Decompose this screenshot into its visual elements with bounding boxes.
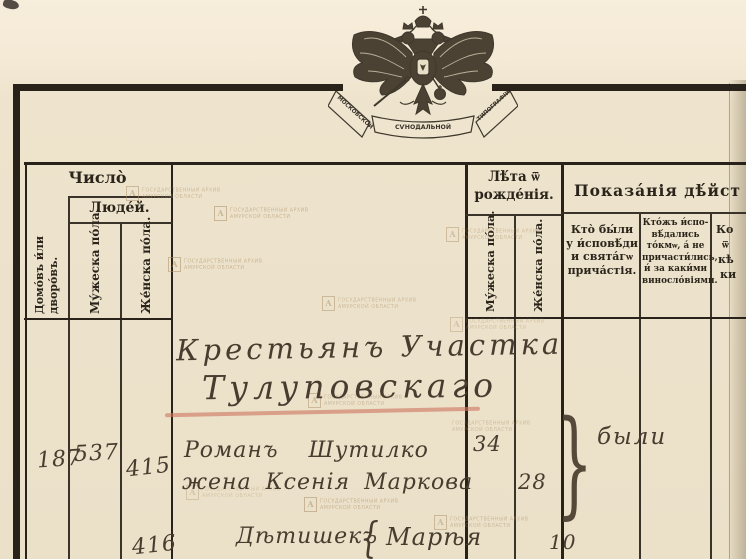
- archive-logo-icon: А: [446, 227, 459, 242]
- archive-watermark: А ГОСУДАРСТВЕННЫЙ АРХИВАМУРСКОЙ ОБЛАСТИ: [304, 497, 418, 512]
- paper-edge-line: [729, 83, 730, 559]
- cutoff-line: ки: [716, 267, 742, 282]
- archive-logo-icon: А: [126, 186, 139, 201]
- archive-logo-icon: А: [214, 206, 227, 221]
- age-male-1: 34: [473, 432, 502, 456]
- header-leta-muzheska: Му́жеска по́ла.: [483, 211, 497, 312]
- header-chislo: Число̀: [24, 168, 171, 187]
- imperial-eagle-emblem: МОСКОВСКОЙ СѴНОДАЛЬНОЙ ТИПОГРАФІИ: [328, 5, 518, 150]
- confessed-only-line: то́кмѡ, а́ не: [642, 241, 709, 253]
- rule-under-pokazaniya: [562, 212, 746, 214]
- archive-watermark: А ГОСУДАРСТВЕННЫЙ АРХИВАМУРСКОЙ ОБЛАСТИ: [168, 257, 282, 272]
- rule-under-lyudey: [68, 222, 172, 224]
- children-brace: {: [360, 513, 379, 559]
- section-title-line1: Крестьянъ Участка: [176, 327, 564, 368]
- scanned-document-page: МОСКОВСКОЙ СѴНОДАЛЬНОЙ ТИПОГРАФІИ Число̀…: [0, 0, 746, 559]
- rule-under-leta: [466, 214, 562, 216]
- header-bottom-rule-left: [24, 318, 172, 320]
- paper-right-edge: [728, 80, 746, 559]
- confessed-line: у и́сповѣ́ди: [566, 237, 638, 251]
- red-underline: [165, 407, 480, 418]
- archive-watermark: А ГОСУДАРСТВЕННЫЙ АРХИВАМУРСКОЙ ОБЛАСТИ: [322, 296, 436, 311]
- archive-watermark: А ГОСУДАРСТВЕННЫЙ АРХИВАМУРСКОЙ ОБЛАСТИ: [446, 227, 560, 242]
- table-top-rule: [24, 162, 746, 165]
- archive-watermark: А ГОСУДАРСТВЕННЫЙ АРХИВАМУРСКОЙ ОБЛАСТИ: [214, 206, 328, 221]
- confessed-line: Кто̀ бы́ли: [566, 223, 638, 237]
- confessed-only-line: причасти́лись,: [642, 253, 709, 265]
- ink-blotch: [2, 0, 20, 11]
- person-entry-1: Романъ Шутилко: [184, 438, 429, 463]
- confessed-only-line: вѣ́дались: [642, 230, 709, 242]
- frame-top-border-left: [13, 84, 343, 91]
- group-brace: }: [556, 400, 593, 528]
- col-divider-age-mf: [514, 215, 516, 559]
- col-divider-d-e: [639, 213, 641, 559]
- confessed-line: прича́стія.: [566, 264, 638, 278]
- header-pokazaniya: Показа́нія дѣ́йстві: [574, 181, 741, 200]
- archive-logo-icon: А: [322, 296, 335, 311]
- header-domov-line2: дворо́въ.: [47, 257, 60, 314]
- section-title-line2: Тулуповскаго: [202, 366, 498, 408]
- header-muzheska-pola: Му́жеска по́ла.: [88, 208, 102, 314]
- header-pokazaniya-clip: Показа́нія дѣ́йстві: [574, 181, 741, 200]
- male-number: 537: [73, 440, 119, 467]
- archive-logo-icon: А: [168, 257, 181, 272]
- header-zhenska-pola: Же́нска по́ла.: [139, 217, 153, 314]
- cutoff-line: кѣ: [716, 252, 742, 267]
- header-col-cutoff: Ко ѿ кѣ ки: [716, 222, 742, 282]
- archive-logo-icon: А: [304, 497, 317, 512]
- col-divider-a-b: [68, 196, 70, 559]
- header-domov-line1: Домо́въ и́ли: [33, 236, 46, 314]
- header-leta-line1: Лѣ́та ѿ: [466, 169, 562, 185]
- female-number-2: 416: [131, 531, 178, 559]
- table-left-edge: [25, 162, 27, 559]
- archive-watermark: А ГОСУДАРСТВЕННЫЙ АРХИВАМУРСКОЙ ОБЛАСТИ: [126, 186, 240, 201]
- header-col-confessed: Кто̀ бы́ли у и́сповѣ́ди и свята́гѡ прича…: [566, 223, 638, 277]
- frame-left-border: [13, 84, 20, 559]
- header-col-confessed-only: Кто́жъ и́спо- вѣ́дались то́кмѡ, а́ не пр…: [642, 218, 709, 287]
- age-female-1: 28: [518, 470, 547, 494]
- confessed-line: и свята́гѡ: [566, 250, 638, 264]
- cutoff-line: ѿ: [716, 237, 742, 252]
- female-number-1: 415: [125, 453, 172, 483]
- age-female-2: 10: [549, 530, 576, 554]
- col-divider-b-c: [120, 223, 122, 559]
- header-lyudey: Люде́й.: [68, 200, 171, 216]
- note-byli: были: [597, 424, 667, 450]
- confessed-only-line: и́ за каки́ми: [642, 264, 709, 276]
- person-entry-2: жена Ксенія Маркова: [182, 470, 473, 495]
- header-leta-line2: рожде́нія.: [466, 187, 562, 203]
- frame-top-border-right: [492, 84, 746, 91]
- col-divider-e-f: [710, 213, 712, 559]
- confessed-only-line: Кто́жъ и́спо-: [642, 218, 709, 230]
- confessed-only-line: виносло́віями.: [642, 276, 709, 288]
- ribbon-text-center: СѴНОДАЛЬНОЙ: [395, 122, 451, 131]
- cutoff-line: Ко: [716, 222, 742, 237]
- children-label: Дѣтишекъ: [236, 524, 378, 549]
- child-name: Марѣя: [386, 523, 482, 551]
